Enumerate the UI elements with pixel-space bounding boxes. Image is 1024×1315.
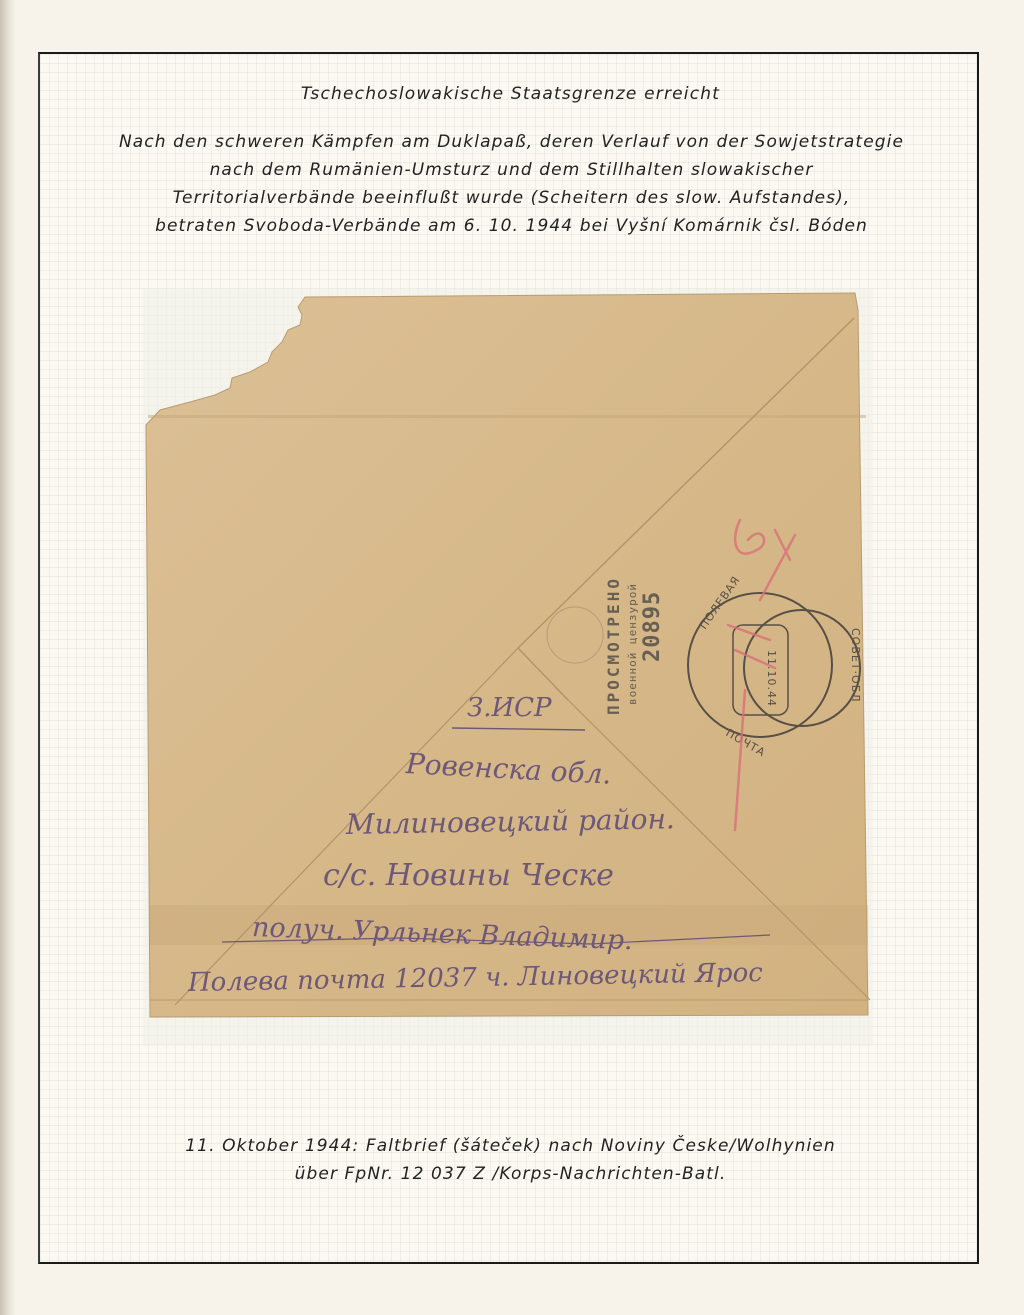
intro-line: betraten Svoboda-Verbände am 6. 10. 1944…: [54, 212, 969, 240]
intro-text: Nach den schweren Kämpfen am Duklapaß, d…: [54, 128, 969, 240]
caption-line: über FpNr. 12 037 Z /Korps-Nachrichten-B…: [40, 1160, 981, 1188]
album-page: Tschechoslowakische Staatsgrenze erreich…: [38, 52, 979, 1264]
caption-line: 11. Oktober 1944: Faltbrief (šáteček) na…: [40, 1132, 981, 1160]
stamp-mount: [143, 289, 873, 1046]
intro-line: Nach den schweren Kämpfen am Duklapaß, d…: [54, 128, 969, 156]
intro-line: nach dem Rumänien-Umsturz und dem Stillh…: [54, 156, 969, 184]
item-caption: 11. Oktober 1944: Faltbrief (šáteček) na…: [40, 1132, 981, 1188]
album-binding-shadow: [0, 0, 16, 1315]
page-heading: Tschechoslowakische Staatsgrenze erreich…: [40, 84, 981, 104]
intro-line: Territorialverbände beeinflußt wurde (Sc…: [54, 184, 969, 212]
